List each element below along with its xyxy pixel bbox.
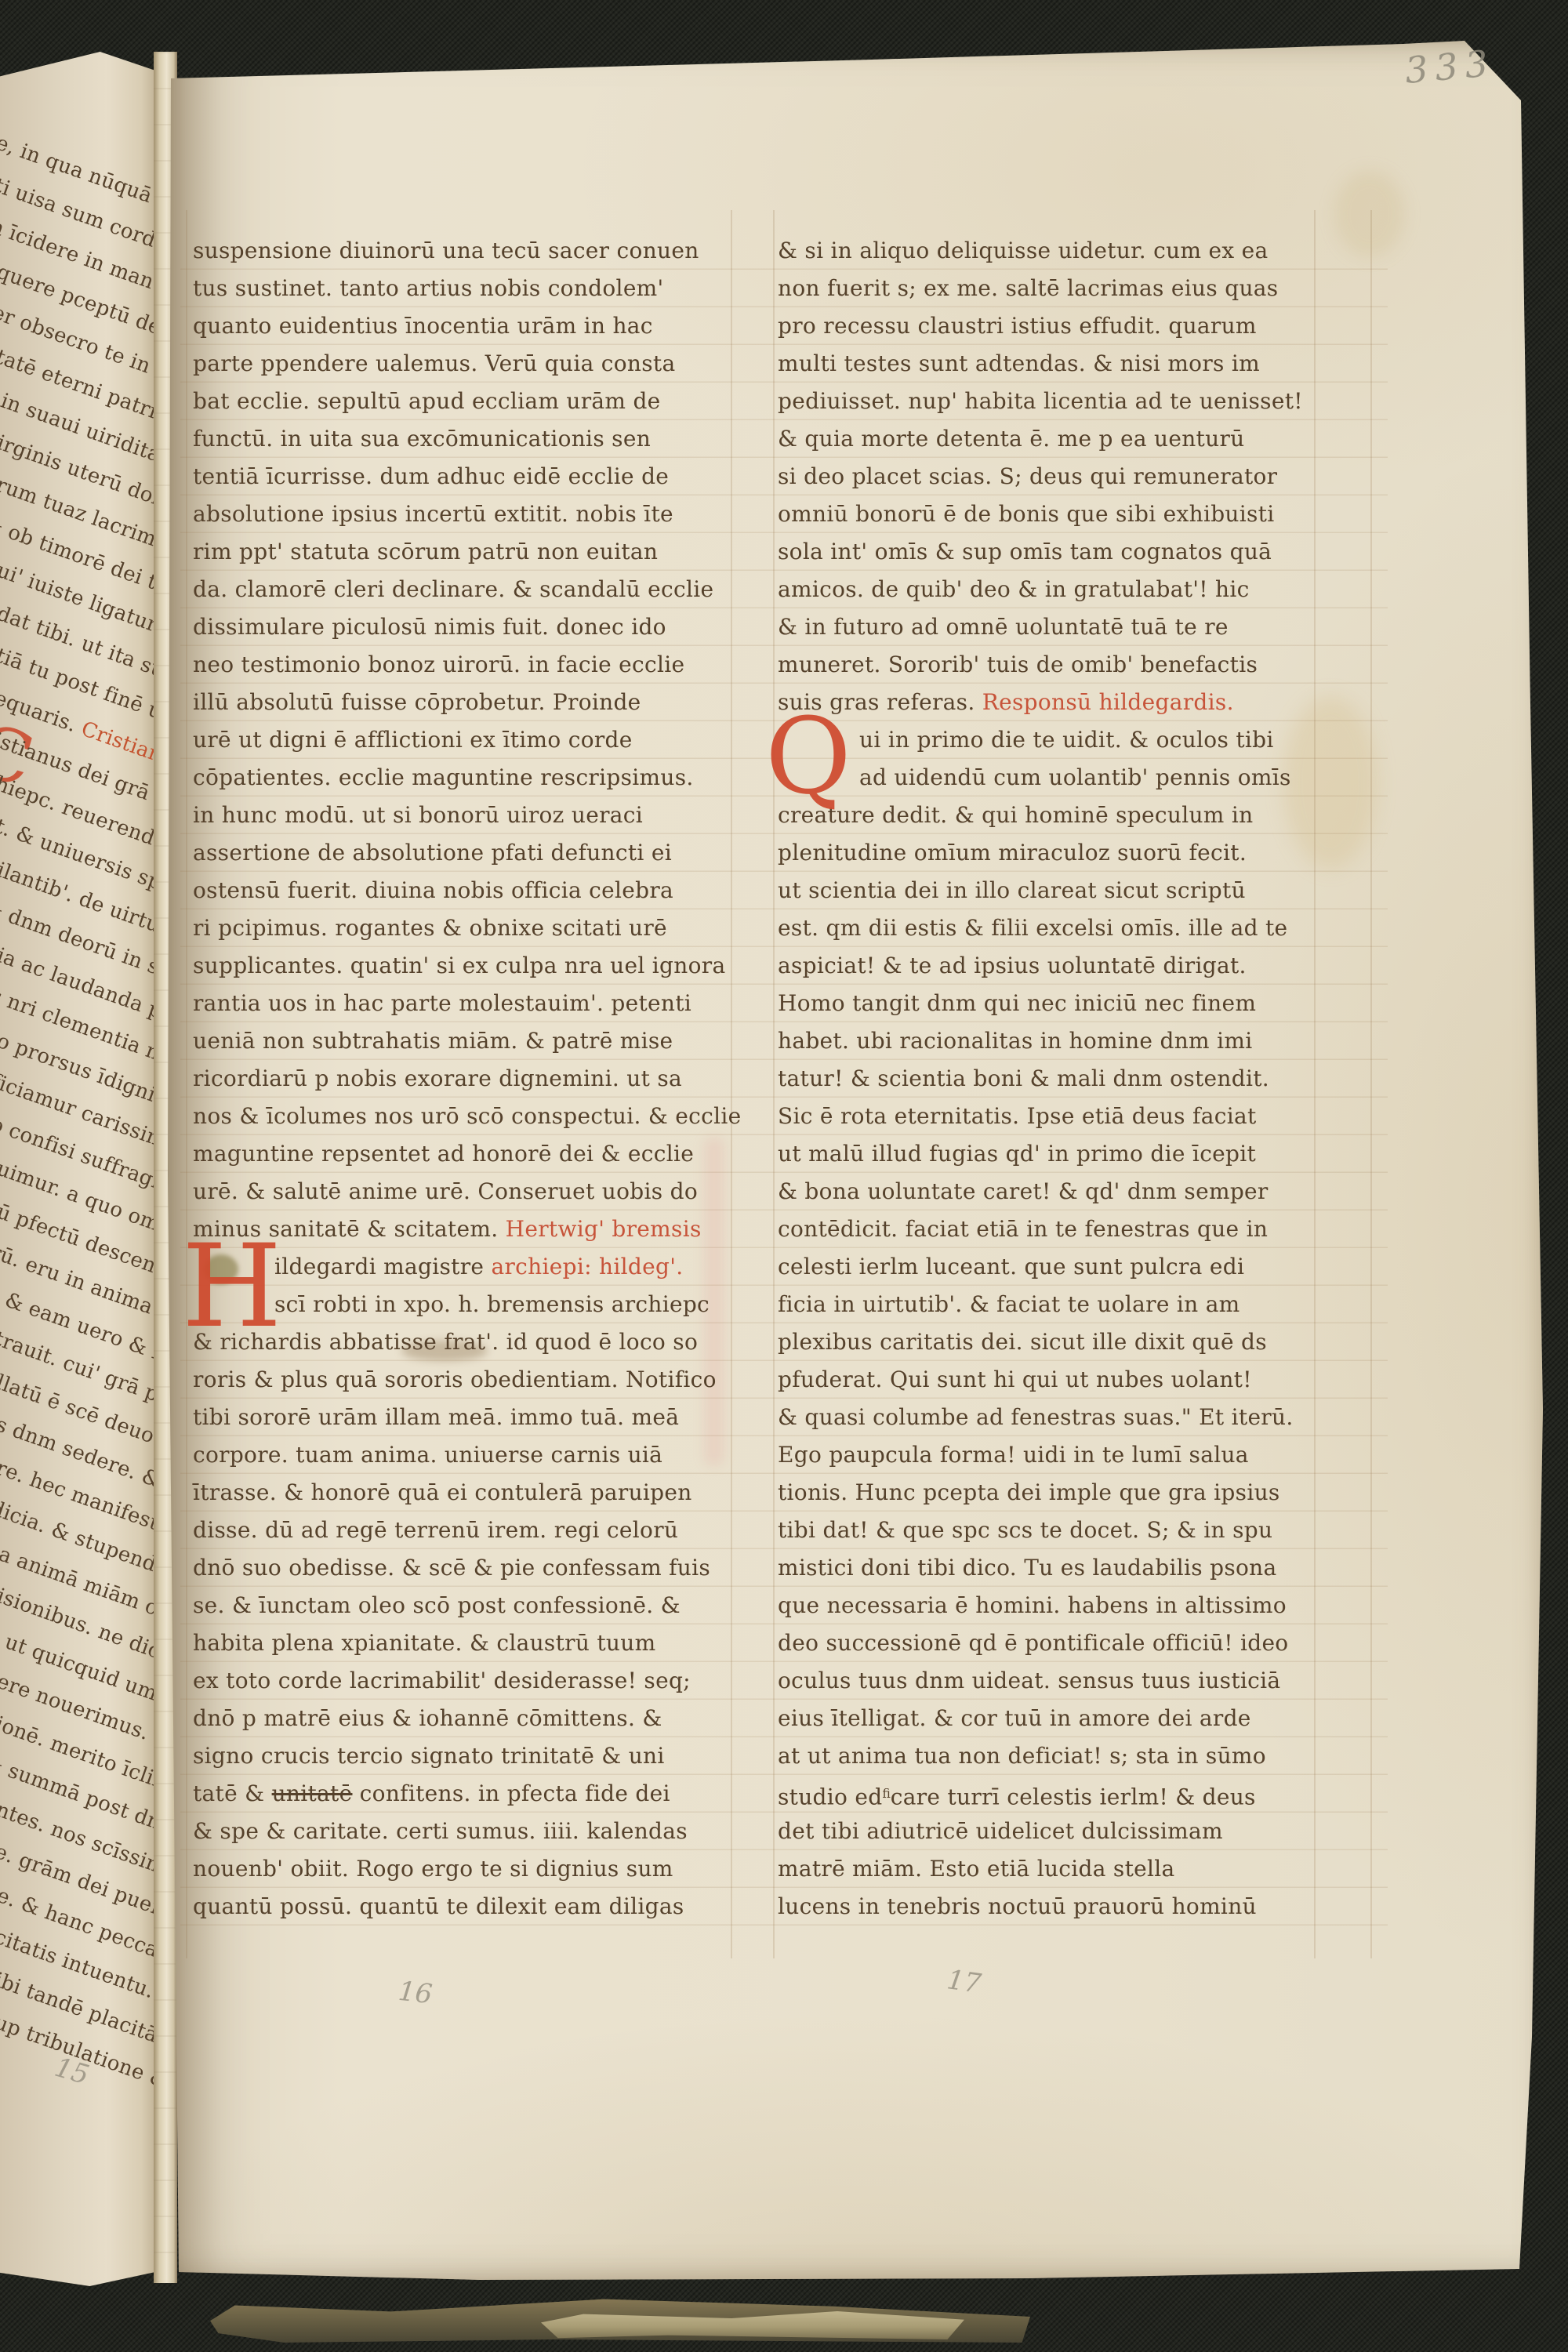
manuscript-line: & in futuro ad omnē uoluntatē tuā te re <box>778 608 1312 646</box>
manuscript-line: ueniā non subtrahatis miām. & patrē mise <box>193 1022 717 1060</box>
manuscript-line: corpore. tuam anima. uniuerse carnis uiā <box>193 1436 717 1474</box>
manuscript-line: creature dedit. & qui hominē speculum in <box>778 797 1312 834</box>
manuscript-line: ex toto corde lacrimabilit' desiderasse!… <box>193 1662 717 1700</box>
manuscript-line: nouenb' obiit. Rogo ergo te si dignius s… <box>193 1850 717 1888</box>
manuscript-line: maguntine repsentet ad honorē dei & eccl… <box>193 1135 717 1173</box>
manuscript-line: ut malū illud fugias qd' in primo die īc… <box>778 1135 1312 1173</box>
manuscript-line: urē. & salutē anime urē. Conseruet uobis… <box>193 1173 717 1210</box>
manuscript-line: dnō p matrē eius & iohannē cōmittens. & <box>193 1700 717 1737</box>
manuscript-line: muneret. Sororib' tuis de omib' benefact… <box>778 646 1312 684</box>
manuscript-line: omniū bonorū ē de bonis que sibi exhibui… <box>778 495 1312 533</box>
manuscript-line: nos & īcolumes nos urō scō conspectui. &… <box>193 1098 717 1135</box>
manuscript-line: roris & plus quā sororis obedientiam. No… <box>193 1361 717 1399</box>
manuscript-line: matrē miām. Esto etiā lucida stella <box>778 1850 1312 1888</box>
manuscript-line: Homo tangit dnm qui nec iniciū nec finem <box>778 985 1312 1022</box>
manuscript-line: absolutione ipsius incertū extitit. nobi… <box>193 495 717 533</box>
ruling-vertical <box>1370 210 1372 1958</box>
ruling-vertical <box>773 210 775 1958</box>
facing-page: C ee, in qua nūquā me disti uisa sum cor… <box>0 52 172 2286</box>
manuscript-line: Ego paupcula forma! uidi in te lumī salu… <box>778 1436 1312 1474</box>
manuscript-line: lucens in tenebris noctuū prauorū hominū <box>778 1888 1312 1926</box>
manuscript-line: deo successionē qd ē pontificale officiū… <box>778 1624 1312 1662</box>
manuscript-line: ficia in uirtutib'. & faciat te uolare i… <box>778 1286 1312 1323</box>
manuscript-line: ui in primo die te uidit. & oculos tibi <box>778 721 1312 759</box>
manuscript-line: cōpatientes. ecclie maguntine rescripsim… <box>193 759 717 797</box>
manuscript-line: plenitudine omīum miraculoz suorū fecit. <box>778 834 1312 872</box>
manuscript-line: tibi sororē urām illam meā. immo tuā. me… <box>193 1399 717 1436</box>
left-text-column: suspensione diuinorū una tecū sacer conu… <box>193 232 717 1926</box>
manuscript-line: celesti ierlm luceant. que sunt pulcra e… <box>778 1248 1312 1286</box>
manuscript-line: & spe & caritate. certi sumus. iiii. kal… <box>193 1813 717 1850</box>
manuscript-line: & bona uoluntate caret! & qd' dnm semper <box>778 1173 1312 1210</box>
manuscript-line: mistici doni tibi dico. Tu es laudabilis… <box>778 1549 1312 1587</box>
manuscript-line: dnō suo obedisse. & scē & pie confessam … <box>193 1549 717 1587</box>
manuscript-line: pfuderat. Qui sunt hi qui ut nubes uolan… <box>778 1361 1312 1399</box>
manuscript-line: que necessaria ē homini. habens in altis… <box>778 1587 1312 1624</box>
manuscript-line: ostensū fuerit. diuina nobis officia cel… <box>193 872 717 909</box>
rubric-initial-h: H <box>182 1229 281 1344</box>
manuscript-line: pro recessu claustri istius effudit. qua… <box>778 307 1312 345</box>
manuscript-line: pediuisset. nup' habita licentia ad te u… <box>778 383 1312 420</box>
manuscript-line: multi testes sunt adtendas. & nisi mors … <box>778 345 1312 383</box>
manuscript-line: quantū possū. quantū te dilexit eam dili… <box>193 1888 717 1926</box>
manuscript-line: ut scientia dei in illo clareat sicut sc… <box>778 872 1312 909</box>
manuscript-line: ad uidendū cum uolantib' pennis omīs <box>778 759 1312 797</box>
manuscript-line: illū absolutū fuisse cōprobetur. Proinde <box>193 684 717 721</box>
manuscript-line: se. & īunctam oleo scō post confessionē.… <box>193 1587 717 1624</box>
right-text-column: & si in aliquo deliquisse uidetur. cum e… <box>778 232 1312 1926</box>
manuscript-line: assertione de absolutione pfati defuncti… <box>193 834 717 872</box>
manuscript-line: rantia uos in hac parte molestauim'. pet… <box>193 985 717 1022</box>
manuscript-line: ricordiarū p nobis exorare dignemini. ut… <box>193 1060 717 1098</box>
pencil-mark-left-column: 16 <box>397 1976 434 2010</box>
manuscript-line: rim ppt' statuta scōrum patrū non euitan <box>193 533 717 571</box>
manuscript-line: suis gras referas. Responsū hildegardis. <box>778 684 1312 721</box>
manuscript-line: Sic ē rota eternitatis. Ipse etiā deus f… <box>778 1098 1312 1135</box>
manuscript-line: dissimulare piculosū nimis fuit. donec i… <box>193 608 717 646</box>
manuscript-photo: { "folio_number": "333", "pencil_marks":… <box>0 0 1568 2352</box>
manuscript-line: signo crucis tercio signato trinitatē & … <box>193 1737 717 1775</box>
manuscript-line: disse. dū ad regē terrenū irem. regi cel… <box>193 1512 717 1549</box>
manuscript-line: suspensione diuinorū una tecū sacer conu… <box>193 232 717 270</box>
folio-number: 333 <box>1403 42 1497 92</box>
manuscript-line: urē ut digni ē afflictioni ex ītimo cord… <box>193 721 717 759</box>
manuscript-line: & quia morte detenta ē. me p ea uenturū <box>778 420 1312 458</box>
manuscript-line: amicos. de quib' deo & in gratulabat'! h… <box>778 571 1312 608</box>
manuscript-line: functū. in uita sua excōmunicationis sen <box>193 420 717 458</box>
ruling-vertical <box>1314 210 1316 1958</box>
manuscript-line: det tibi adiutricē uidelicet dulcissimam <box>778 1813 1312 1850</box>
manuscript-line: eius ītelligat. & cor tuū in amore dei a… <box>778 1700 1312 1737</box>
manuscript-line: plexibus caritatis dei. sicut ille dixit… <box>778 1323 1312 1361</box>
manuscript-line: tentiā īcurrisse. dum adhuc eidē ecclie … <box>193 458 717 495</box>
manuscript-line: est. qm dii estis & filii excelsi omīs. … <box>778 909 1312 947</box>
manuscript-line: tatur! & scientia boni & mali dnm ostend… <box>778 1060 1312 1098</box>
manuscript-line: tatē & unitatē confitens. in pfecta fide… <box>193 1775 717 1813</box>
manuscript-line: aspiciat! & te ad ipsius uoluntatē dirig… <box>778 947 1312 985</box>
manuscript-line: & quasi columbe ad fenestras suas." Et i… <box>778 1399 1312 1436</box>
manuscript-line: tibi dat! & que spc scs te docet. S; & i… <box>778 1512 1312 1549</box>
manuscript-line: non fuerit s; ex me. saltē lacrimas eius… <box>778 270 1312 307</box>
manuscript-line: habita plena xpianitate. & claustrū tuum <box>193 1624 717 1662</box>
manuscript-line: ītrasse. & honorē quā ei contulerā parui… <box>193 1474 717 1512</box>
pencil-mark-right-column: 17 <box>945 1964 982 2000</box>
manuscript-line: at ut anima tua non deficiat! s; sta in … <box>778 1737 1312 1775</box>
manuscript-line: da. clamorē cleri declinare. & scandalū … <box>193 571 717 608</box>
manuscript-line: si deo placet scias. S; deus qui remuner… <box>778 458 1312 495</box>
manuscript-line: quanto euidentius īnocentia urām in hac <box>193 307 717 345</box>
manuscript-line: neo testimonio bonoz uirorū. in facie ec… <box>193 646 717 684</box>
manuscript-line: & si in aliquo deliquisse uidetur. cum e… <box>778 232 1312 270</box>
manuscript-line: ri pcipimus. rogantes & obnixe scitati u… <box>193 909 717 947</box>
rubric-initial-q: Q <box>765 704 851 809</box>
manuscript-line: tionis. Hunc pcepta dei imple que gra ip… <box>778 1474 1312 1512</box>
manuscript-line: tus sustinet. tanto artius nobis condole… <box>193 270 717 307</box>
manuscript-line: bat ecclie. sepultū apud eccliam urām de <box>193 383 717 420</box>
manuscript-line: sola int' omīs & sup omīs tam cognatos q… <box>778 533 1312 571</box>
ruling-vertical <box>731 210 732 1958</box>
manuscript-line: studio edficare turrī celestis ierlm! & … <box>778 1775 1312 1813</box>
manuscript-line: habet. ubi racionalitas in homine dnm im… <box>778 1022 1312 1060</box>
manuscript-line: contēdicit. faciat etiā in te fenestras … <box>778 1210 1312 1248</box>
manuscript-line: parte ppendere ualemus. Verū quia consta <box>193 345 717 383</box>
manuscript-line: in hunc modū. ut si bonorū uiroz ueraci <box>193 797 717 834</box>
manuscript-line: supplicantes. quatin' si ex culpa nra ue… <box>193 947 717 985</box>
ruling-vertical <box>186 210 187 1958</box>
manuscript-line: oculus tuus dnm uideat. sensus tuus iust… <box>778 1662 1312 1700</box>
